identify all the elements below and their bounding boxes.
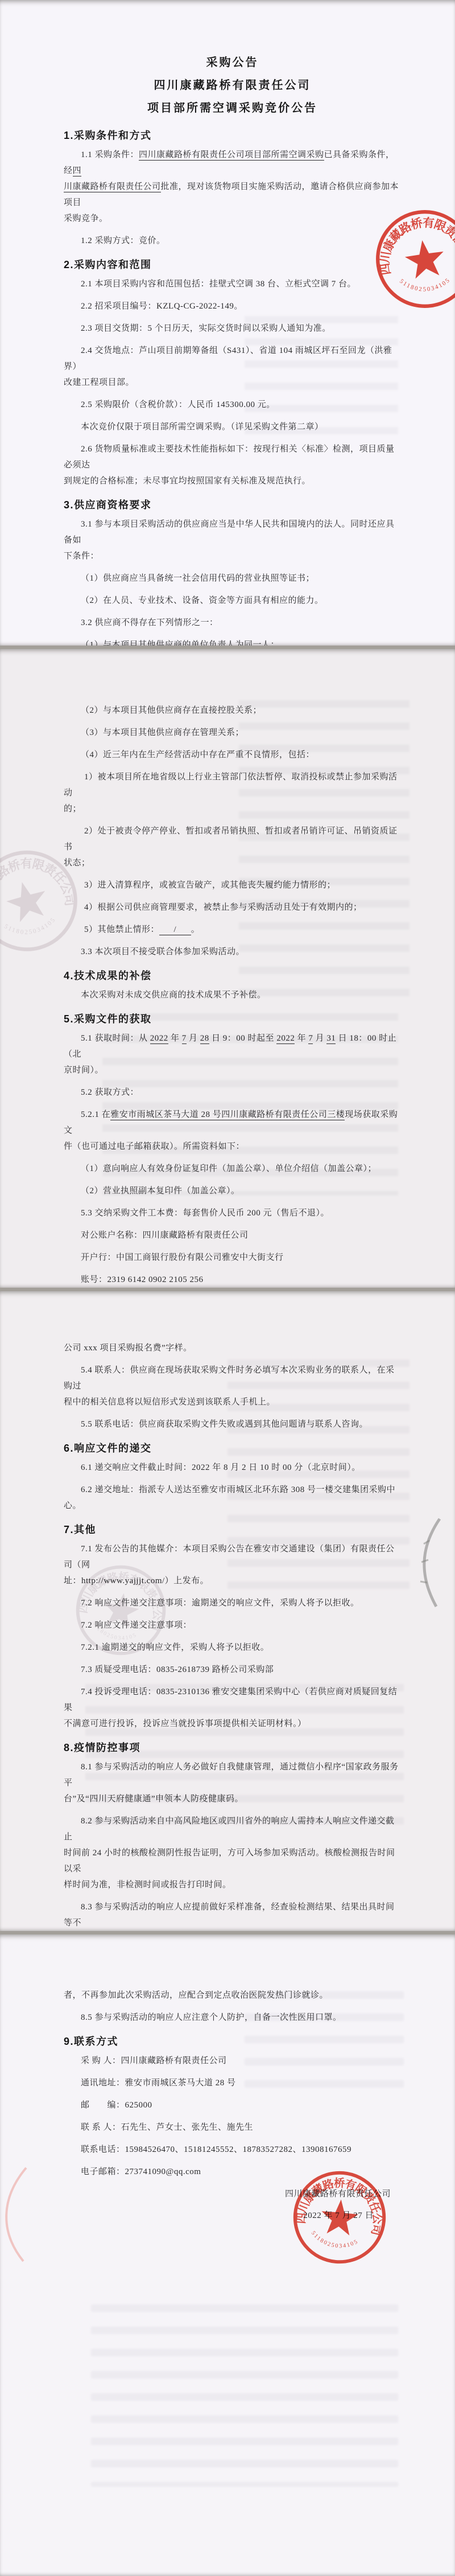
svg-text:5118025034105: 5118025034105 [309, 2230, 361, 2252]
doc-line: 开户行：中国工商银行股份有限公司雅安中大街支行 [64, 1250, 401, 1266]
doc-line: 6.1 递交响应文件截止时间：2022 年 8 月 2 日 10 时 00 分（… [64, 1460, 401, 1476]
signature-line: 四川康藏路桥有限责任公司 [64, 2186, 401, 2202]
doc-line: 3）进入清算程序，或被宣告破产，或其他丧失履约能力情形的； [64, 877, 401, 893]
doc-line: 2.6 货物质量标准或主要技术性能指标如下：按现行相关〈标准〉检测，项目质量必须… [64, 441, 401, 473]
doc-line: 邮 编：625000 [64, 2097, 401, 2113]
doc-title-line: 采购公告 [64, 51, 401, 74]
doc-line: （1）意向响应人有效身份证复印件（加盖公章）、单位介绍信（加盖公章）； [64, 1161, 401, 1177]
doc-line: 本次采购对未成交供应商的技术成果不予补偿。 [64, 987, 401, 1003]
doc-line: 者，不再参加此次采购活动，应配合到定点收治医院发热门诊就诊。 [64, 1987, 401, 2003]
doc-line: 件（也可通过电子邮箱获取）。所需资料如下： [64, 1139, 401, 1155]
page-4: 者，不再参加此次采购活动，应配合到定点收治医院发热门诊就诊。8.5 参与采购活动… [0, 1934, 455, 2576]
doc-line: 5.3 交纳采购文件工本费：每套售价人民币 200 元（售后不退）。 [64, 1205, 401, 1221]
doc-line: 程中的相关信息将以短信形式发送到该联系人手机上。 [64, 1394, 401, 1410]
section-heading: 7.其他 [64, 1520, 401, 1539]
doc-line: 时间前 24 小时的核酸检测阴性报告证明，方可入场参加采购活动。核酸检测报告时间… [64, 1845, 401, 1877]
doc-line: 2.3 项目交货期：5 个日历天，实际交货时间以采购人通知为准。 [64, 321, 401, 336]
doc-line: 对公账户名称：四川康藏路桥有限责任公司 [64, 1227, 401, 1243]
doc-line: 1）被本项目所在地省级以上行业主管部门依法暂停、取消投标或禁止参加采购活动 [64, 769, 401, 801]
doc-line: 7.2 响应文件递交注意事项： [64, 1617, 401, 1633]
page-1-content: 采购公告四川康藏路桥有限责任公司项目部所需空调采购竞价公告1.采购条件和方式1.… [0, 0, 455, 646]
doc-line: （2）营业执照副本复印件（加盖公章）。 [64, 1183, 401, 1199]
page-3-content: 公司 xxx 项目采购报名费”字样。5.4 联系人：供应商在现场获取采购文件时务… [0, 1291, 455, 1931]
doc-line: 公司 xxx 项目采购报名费”字样。 [64, 1340, 401, 1356]
page-4-content: 者，不再参加此次采购活动，应配合到定点收治医院发热门诊就诊。8.5 参与采购活动… [0, 1934, 455, 2224]
doc-line: 址：http://www.yajjjt.com/）上发布。 [64, 1573, 401, 1589]
doc-line: 5.1 获取时间：从 2022 年 7 月 28 日 9：00 时起至 2022… [64, 1030, 401, 1062]
section-heading: 3.供应商资格要求 [64, 495, 401, 515]
doc-line: 8.2 参与采购活动来自中高风险地区或四川省外的响应人需持本人响应文件递交截止 [64, 1813, 401, 1845]
doc-line: 的； [64, 801, 401, 817]
doc-line: 川康藏路桥有限责任公司批准，现对该货物项目实施采购活动，邀请合格供应商参加本项目 [64, 179, 401, 211]
page-3: 公司 xxx 项目采购报名费”字样。5.4 联系人：供应商在现场获取采购文件时务… [0, 1291, 455, 1931]
doc-line: 电子邮箱：273741090@qq.com [64, 2164, 401, 2180]
doc-line: （1）与本项目其他供应商的单位负责人为同一人； [64, 637, 401, 646]
doc-line: 2）处于被责令停产停业、暂扣或者吊销执照、暂扣或者吊销许可证、吊销资质证书 [64, 823, 401, 855]
doc-line: 8.3 参与采购活动的响应人应提前做好采样准备，经查验检测结果、结果出具时间等不 [64, 1899, 401, 1931]
signature-line: 2022 年 7 月 27 日 [64, 2208, 401, 2224]
doc-line: 样时间为准，非检测时间或报告打印时间。 [64, 1877, 401, 1893]
doc-line: 账号：2319 6142 0902 2105 256 [64, 1272, 401, 1288]
section-heading: 1.采购条件和方式 [64, 126, 401, 145]
doc-line: 不满意可进行投诉，投诉应当就投诉事项提供相关证明材料。） [64, 1716, 401, 1732]
doc-line: （2）在人员、专业技术、设备、资金等方面具有相应的能力。 [64, 593, 401, 609]
doc-line: 5.4 联系人：供应商在现场获取采购文件时务必填写本次采购业务的联系人，在采购过 [64, 1362, 401, 1394]
doc-line: 通讯地址：雅安市雨城区茶马大道 28 号 [64, 2075, 401, 2091]
doc-title-line: 四川康藏路桥有限责任公司 [64, 74, 401, 97]
doc-line: 下条件： [64, 548, 401, 564]
bleedthrough-texture [91, 2304, 398, 2487]
doc-line: 5.2.1 在雅安市雨城区茶马大道 28 号四川康藏路桥有限责任公司三楼现场获取… [64, 1107, 401, 1139]
doc-line: 本次竞价仅限于项目部所需空调采购。（详见采购文件第二章） [64, 419, 401, 435]
doc-line: 8.1 参与采购活动的响应人务必做好自我健康管理，通过微信小程序“国家政务服务平 [64, 1759, 401, 1791]
doc-line: （3）与本项目其他供应商存在管理关系； [64, 725, 401, 741]
doc-line: 3.2 供应商不得存在下列情形之一： [64, 615, 401, 631]
section-heading: 5.采购文件的获取 [64, 1009, 401, 1029]
doc-line: 7.3 质疑受理电话：0835-2618739 路桥公司采购部 [64, 1662, 401, 1678]
doc-line: 采 购 人：四川康藏路桥有限责任公司 [64, 2053, 401, 2069]
page-2-content: （2）与本项目其他供应商存在直接控股关系；（3）与本项目其他供应商存在管理关系；… [0, 649, 455, 1288]
doc-line: 1.2 采购方式：竞价。 [64, 233, 401, 249]
section-heading: 9.联系方式 [64, 2032, 401, 2051]
section-heading: 4.技术成果的补偿 [64, 966, 401, 985]
doc-line: 改建工程项目部。 [64, 375, 401, 391]
doc-line: 5.2 获取方式： [64, 1084, 401, 1100]
doc-line: 联系电话：15984526470、15181245552、18783527282… [64, 2142, 401, 2158]
page-1: 采购公告四川康藏路桥有限责任公司项目部所需空调采购竞价公告1.采购条件和方式1.… [0, 0, 455, 646]
doc-line: （2）与本项目其他供应商存在直接控股关系； [64, 702, 401, 718]
doc-line: 到规定的合格标准；未尽事宜均按照国家有关标准及规范执行。 [64, 473, 401, 489]
doc-line: 6.2 递交地址：指派专人送达至雅安市雨城区北环东路 308 号一楼交建集团采购… [64, 1482, 401, 1514]
doc-line: 3.1 参与本项目采购活动的供应商应当是中华人民共和国境内的法人。同时还应具备如 [64, 516, 401, 548]
doc-line: 5.5 联系电话：供应商获取采购文件失败或遇到其他问题请与联系人咨询。 [64, 1416, 401, 1432]
doc-line: 京时间）。 [64, 1062, 401, 1078]
seal-number-text: 5118025034105 [309, 2230, 361, 2252]
doc-line: 2.2 招采项目编号：KZLQ-CG-2022-149。 [64, 298, 401, 314]
doc-line: 7.4 投诉受理电话：0835-2310136 雅安交建集团采购中心（若供应商对… [64, 1684, 401, 1716]
doc-line: 状态； [64, 855, 401, 871]
doc-line: 7.2.1 逾期递交的响应文件，采购人将予以拒收。 [64, 1640, 401, 1655]
doc-line: 2.4 交货地点：芦山项目前期筹备组（S431）、省道 104 雨城区坪石至回龙… [64, 343, 401, 375]
doc-line: 7.1 发布公告的其他媒介：本项目采购公告在雅安市交通建设（集团）有限责任公司（… [64, 1541, 401, 1573]
doc-line: 2.1 本项目采购内容和范围包括：挂壁式空调 38 台、立柜式空调 7 台。 [64, 276, 401, 292]
doc-line: 1.1 采购条件：四川康藏路桥有限责任公司项目部所需空调采购已具备采购条件，经四 [64, 147, 401, 179]
doc-line: 4）根据公司供应商管理要求，被禁止参与采购活动且处于有效期内的； [64, 899, 401, 915]
section-heading: 6.响应文件的递交 [64, 1439, 401, 1458]
doc-line: 7.2 响应文件递交注意事项：逾期递交的响应文件，采购人将予以拒收。 [64, 1595, 401, 1611]
section-heading: 8.疫情防控事项 [64, 1738, 401, 1757]
doc-line: 3.3 本次项目不接受联合体参加采购活动。 [64, 944, 401, 960]
section-heading: 2.采购内容和范围 [64, 255, 401, 274]
doc-line: （4）近三年内在生产经营活动中存在严重不良情形，包括： [64, 747, 401, 763]
doc-line: 采购竞争。 [64, 211, 401, 227]
doc-title-line: 项目部所需空调采购竞价公告 [64, 97, 401, 120]
doc-line: 8.5 参与采购活动的响应人应注意个人防护，自备一次性医用口罩。 [64, 2010, 401, 2026]
doc-line: （1）供应商应当具备统一社会信用代码的营业执照等证书； [64, 570, 401, 586]
doc-line: 台”及“四川天府健康通”申领本人防疫健康码。 [64, 1791, 401, 1807]
doc-line: 2.5 采购限价（含税价款）：人民币 145300.00 元。 [64, 397, 401, 413]
document-scan: 采购公告四川康藏路桥有限责任公司项目部所需空调采购竞价公告1.采购条件和方式1.… [0, 0, 455, 2576]
doc-line: 5）其他禁止情形： / 。 [64, 922, 401, 938]
doc-line: 联 系 人：石先生、芦女士、张先生、施先生 [64, 2119, 401, 2135]
page-2: （2）与本项目其他供应商存在直接控股关系；（3）与本项目其他供应商存在管理关系；… [0, 649, 455, 1288]
